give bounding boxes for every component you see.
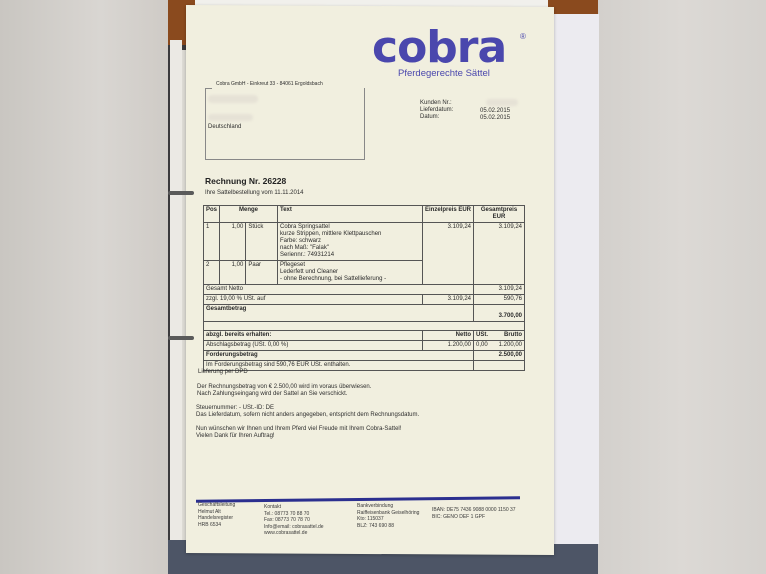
amount-due: 2.500,00	[474, 351, 525, 361]
deposit-ust-brutto: 0,001.200,00	[474, 341, 525, 351]
amount-due-row: Forderungsbetrag 2.500,00	[204, 351, 525, 361]
item-line: Farbe: schwarz	[280, 238, 420, 245]
delivery-note: Lieferung per DPD	[198, 369, 248, 376]
col-gesamtpreis: Gesamtpreis EUR	[474, 206, 525, 223]
spacer-row	[204, 322, 525, 331]
net-total-row: Gesamt Netto 3.109,24	[204, 285, 525, 295]
footer-management: Geschäftsleitung Helmut Alt Handelsregis…	[198, 502, 235, 528]
footer-iban: IBAN: DE75 7436 9088 0000 1150 37 BIC: G…	[432, 507, 516, 520]
brutto-header: Brutto	[504, 332, 522, 338]
item-unit: Stück	[246, 223, 278, 261]
payment-note-2: Nach Zahlungseingang wird der Sattel an …	[197, 391, 347, 398]
footer-text: www.cobrasattel.de	[264, 530, 324, 537]
footer-text: BIC: GENO DEF 1 GPF	[432, 514, 516, 521]
binder-ring-icon	[168, 191, 194, 195]
footer-text: HRB 6534	[198, 522, 235, 529]
item-text: Pflegeset Lederfett und Cleaner - ohne B…	[278, 261, 423, 285]
grand-total-row: Gesamtbetrag 3.700,00	[204, 305, 525, 322]
col-text: Text	[278, 206, 423, 223]
item-unit-price: 3.109,24	[423, 223, 474, 285]
invoice-subtitle: Ihre Sattelbestellung vom 11.11.2014	[205, 190, 304, 197]
table-row: 1 1,00 Stück Cobra Springsattel kurze St…	[204, 223, 525, 261]
vat-note-row: Im Forderungsbetrag sind 590,76 EUR USt.…	[204, 361, 525, 371]
page-stack	[548, 14, 599, 544]
footer-text: IBAN: DE75 7436 9088 0000 1150 37	[432, 507, 516, 514]
col-pos: Pos	[204, 206, 220, 223]
amount-due-label: Forderungsbetrag	[204, 351, 474, 361]
item-qty: 1,00	[220, 223, 246, 261]
footer-bank: Bankverbindung Raiffeisenbank Geiselhöri…	[357, 503, 419, 529]
deposit-netto: 1.200,00	[423, 341, 474, 351]
col-einzelpreis: Einzelpreis EUR	[423, 206, 474, 223]
background-left	[0, 0, 168, 574]
delivery-date-note: Das Lieferdatum, sofern nicht anders ang…	[196, 412, 419, 419]
deduction-ust-brutto-header: USt.Brutto	[474, 331, 525, 341]
item-pos: 1	[204, 223, 220, 261]
deposit-label: Abschlagsbetrag (USt. 0,00 %)	[204, 341, 423, 351]
background-right	[598, 0, 766, 574]
net-total: 3.109,24	[474, 285, 525, 295]
vat-amount: 590,76	[474, 295, 525, 305]
deduction-label: abzgl. bereits erhalten:	[204, 331, 423, 341]
net-total-label: Gesamt Netto	[204, 285, 474, 295]
deduction-header-row: abzgl. bereits erhalten: Netto USt.Brutt…	[204, 331, 525, 341]
item-pos: 2	[204, 261, 220, 285]
item-line: Cobra Springsattel	[280, 224, 420, 231]
invoice-table: Pos Menge Text Einzelpreis EUR Gesamtpre…	[203, 205, 525, 371]
deduction-netto-header: Netto	[423, 331, 474, 341]
footer-text: Geschäftsleitung	[198, 502, 235, 509]
invoice-title: Rechnung Nr. 26228	[205, 176, 286, 186]
item-line: Seriennr.: 74931214	[280, 252, 420, 259]
vat-row: zzgl. 19,00 % USt. auf 3.109,24 590,76	[204, 295, 525, 305]
side-sheet	[170, 40, 182, 540]
binder-ring-icon	[168, 336, 194, 340]
vat-base: 3.109,24	[423, 295, 474, 305]
invoice-date: 05.02.2015	[480, 115, 510, 122]
date-label: Datum:	[420, 114, 439, 121]
item-text: Cobra Springsattel kurze Strippen, mittl…	[278, 223, 423, 261]
redacted-customer-no	[486, 99, 518, 106]
footer-contact: Kontakt Tel.: 08773 70 88 70 Fax: 08773 …	[264, 504, 324, 537]
table-header: Pos Menge Text Einzelpreis EUR Gesamtpre…	[204, 206, 525, 223]
item-total: 3.109,24	[474, 223, 525, 285]
item-line: Lederfett und Cleaner	[280, 269, 420, 276]
grand-total: 3.700,00	[474, 305, 525, 322]
item-qty: 1,00	[220, 261, 246, 285]
deposit-row: Abschlagsbetrag (USt. 0,00 %) 1.200,00 0…	[204, 341, 525, 351]
recipient-country: Deutschland	[208, 124, 241, 131]
footer-text: BLZ: 743 690 88	[357, 523, 419, 530]
vat-label: zzgl. 19,00 % USt. auf	[204, 295, 423, 305]
deposit-ust: 0,00	[476, 342, 488, 349]
item-line: nach Maß: "Falak"	[280, 245, 420, 252]
grand-total-label: Gesamtbetrag	[204, 305, 474, 322]
col-menge: Menge	[220, 206, 278, 223]
ust-header: USt.	[476, 332, 488, 339]
item-line: Pflegeset	[280, 262, 420, 269]
redacted-street	[208, 114, 253, 121]
brand-tagline: Pferdegerechte Sättel	[398, 68, 490, 79]
brand-logo: cobra	[372, 26, 506, 70]
registered-mark: ®	[520, 32, 526, 41]
item-line: kurze Strippen, mittlere Klettpauschen	[280, 231, 420, 238]
thanks-note-2: Vielen Dank für Ihren Auftrag!	[196, 433, 275, 440]
item-unit: Paar	[246, 261, 278, 285]
deposit-brutto: 1.200,00	[499, 342, 522, 348]
redacted-name	[208, 95, 258, 103]
footer-text: Handelsregister	[198, 515, 235, 522]
item-line: - ohne Berechnung, bei Sattellieferung -	[280, 276, 420, 283]
